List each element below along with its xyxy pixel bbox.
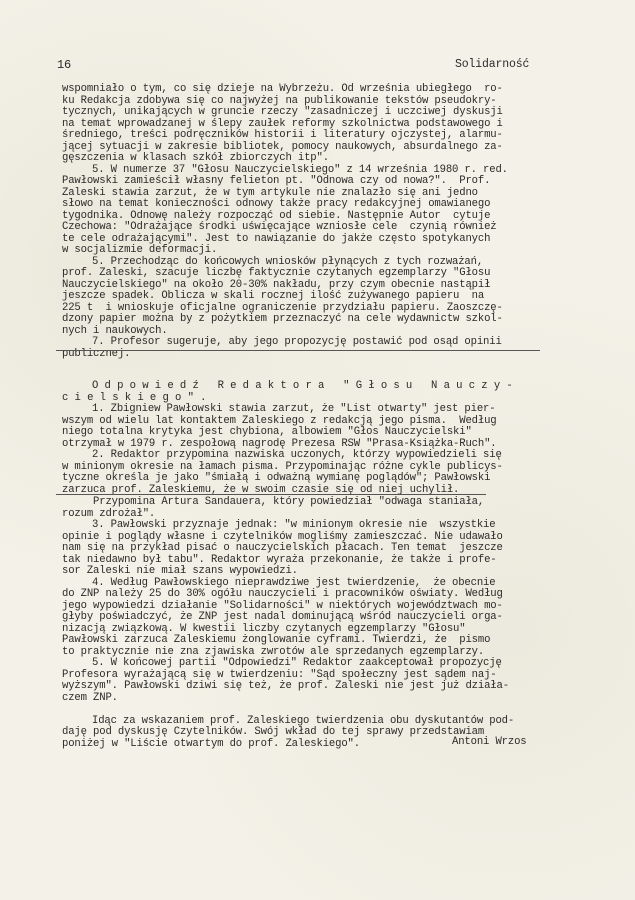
text-line: średniego, treści podręczników historii … xyxy=(62,130,540,142)
running-title: Solidarność xyxy=(455,58,529,71)
text-line: niego totalna krytyka jest chybiona, alb… xyxy=(62,427,540,439)
text-line: tyczne określa je jako "śmiałą i odważną… xyxy=(62,473,540,485)
text-line: 7. Profesor sugeruje, aby jego propozycj… xyxy=(62,337,540,349)
section-divider xyxy=(56,350,540,351)
heading-line: Odpowiedź Redaktora "Głosu Nauczy- xyxy=(62,381,540,393)
text-line: Przypomina Artura Sandauera, który powie… xyxy=(62,497,540,509)
text-line: czem ZNP. xyxy=(62,693,540,705)
text-line: do ZNP należy 25 do 30% ogółu nauczyciel… xyxy=(62,589,540,601)
text-line: dzony papier można by z pożytkiem przezn… xyxy=(62,314,540,326)
text-line: wyższym". Pawłowski dziwi się też, że pr… xyxy=(62,681,540,693)
text-line: wspomniało o tym, co się dzieje na Wybrz… xyxy=(62,84,540,96)
document-page: 16 Solidarność wspomniało o tym, co się … xyxy=(0,0,635,900)
text-line: 3. Pawłowski przyznaje jednak: "w minion… xyxy=(62,520,540,532)
text-line: nam się na przykład pisać o nauczycielsk… xyxy=(62,543,540,555)
text-line xyxy=(62,704,540,716)
page-number: 16 xyxy=(57,58,71,72)
text-line: sor Zaleski nie miał szans wypowiedzi. xyxy=(62,566,540,578)
signature: Antoni Wrzos xyxy=(452,736,527,748)
article-section-2: 1. Zbigniew Pawłowski stawia zarzut, że … xyxy=(62,404,540,496)
text-line: głyby poświadczyć, że ZNP jest nadal dom… xyxy=(62,612,540,624)
reply-heading: Odpowiedź Redaktora "Głosu Nauczy-cielsk… xyxy=(62,381,540,404)
text-line: Pawłowski zamieścił własny felieton pt. … xyxy=(62,176,540,188)
article-section-3: Przypomina Artura Sandauera, który powie… xyxy=(62,497,540,750)
text-line: w socjalizmie deformacji. xyxy=(62,245,540,257)
text-line: 5. W końcowej partii "Odpowiedzi" Redakt… xyxy=(62,658,540,670)
section-divider xyxy=(56,494,486,495)
text-line: słowo na temat konieczności odnowy także… xyxy=(62,199,540,211)
text-line: Pawłowski zarzuca Zaleskiemu żonglowanie… xyxy=(62,635,540,647)
text-line: 1. Zbigniew Pawłowski stawia zarzut, że … xyxy=(62,404,540,416)
text-line: prof. Zaleski, szacuje liczbę faktycznie… xyxy=(62,268,540,280)
text-line: gęszczenia w klasach szkół zbiorczych it… xyxy=(62,153,540,165)
text-line: tycznych, unikających w gruncie rzeczy "… xyxy=(62,107,540,119)
text-line: jeszcze spadek. Oblicza w skali rocznej … xyxy=(62,291,540,303)
text-line: 2. Redaktor przypomina nazwiska uczonych… xyxy=(62,450,540,462)
article-section-1: wspomniało o tym, co się dzieje na Wybrz… xyxy=(62,84,540,360)
text-line: Czechowa: "Odrażające środki uświęcające… xyxy=(62,222,540,234)
